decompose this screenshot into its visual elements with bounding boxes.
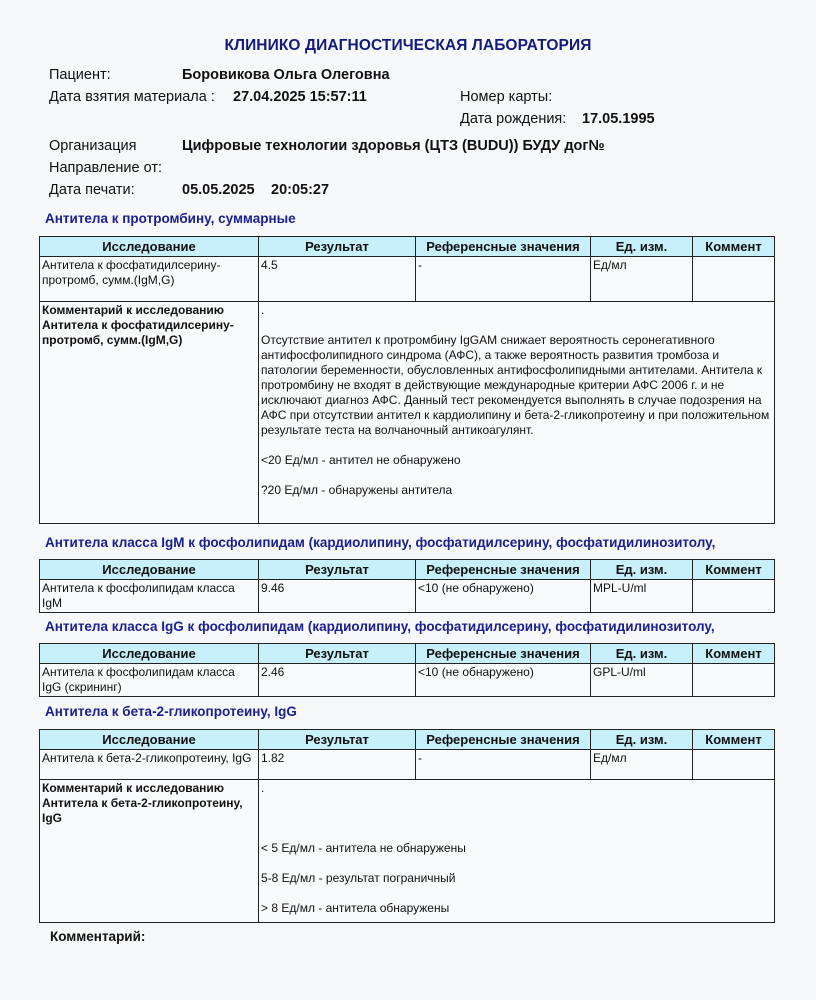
comment-label: Комментарий к исследованию Антитела к фо… xyxy=(40,302,259,524)
comment-row: Комментарий к исследованию Антитела к фо… xyxy=(40,302,775,524)
comment-line: <20 Ед/мл - антител не обнаружено xyxy=(261,453,772,468)
test-reference: <10 (не обнаружено) xyxy=(416,664,591,697)
test-reference: - xyxy=(416,257,591,302)
test-unit: Ед/мл xyxy=(591,257,693,302)
section-title-igm: Антитела класса IgM к фосфолипидам (кард… xyxy=(45,535,715,550)
comment-line: . xyxy=(261,781,772,796)
card-number-label: Номер карты: xyxy=(460,89,552,105)
col-header-comment: Коммент xyxy=(693,237,775,257)
col-header-comment: Коммент xyxy=(693,560,775,580)
print-date-label: Дата печати: xyxy=(49,182,135,198)
test-name: Антитела к фосфатидилсерину-протромб, су… xyxy=(40,257,259,302)
comment-row: Комментарий к исследованию Антитела к бе… xyxy=(40,780,775,923)
col-header-test: Исследование xyxy=(40,560,259,580)
organization-label: Организация xyxy=(49,138,136,154)
col-header-comment: Коммент xyxy=(693,730,775,750)
birth-date-value: 17.05.1995 xyxy=(582,111,655,127)
col-header-result: Результат xyxy=(259,730,416,750)
test-result: 9.46 xyxy=(259,580,416,613)
test-result: 2.46 xyxy=(259,664,416,697)
col-header-unit: Ед. изм. xyxy=(591,237,693,257)
results-table-igm: Исследование Результат Референсные значе… xyxy=(39,559,775,613)
comment-line: 5-8 Ед/мл - результат пограничный xyxy=(261,871,772,886)
col-header-result: Результат xyxy=(259,237,416,257)
col-header-unit: Ед. изм. xyxy=(591,644,693,664)
organization-value: Цифровые технологии здоровья (ЦТЗ (BUDU)… xyxy=(182,138,605,154)
comment-line: < 5 Ед/мл - антитела не обнаружены xyxy=(261,841,772,856)
comment-label: Комментарий к исследованию Антитела к бе… xyxy=(40,780,259,923)
section-title-beta2: Антитела к бета-2-гликопротеину, IgG xyxy=(45,704,297,719)
comment-text: . Отсутствие антител к протромбину IgGAM… xyxy=(259,302,775,524)
table-header-row: Исследование Результат Референсные значе… xyxy=(40,730,775,750)
section-title-igg: Антитела класса IgG к фосфолипидам (кард… xyxy=(45,619,715,634)
test-unit: GPL-U/ml xyxy=(591,664,693,697)
test-name: Антитела к фосфолипидам класса IgG (скри… xyxy=(40,664,259,697)
col-header-reference: Референсные значения xyxy=(416,560,591,580)
test-result: 4.5 xyxy=(259,257,416,302)
section-title-prothrombin: Антитела к протромбину, суммарные xyxy=(45,211,296,226)
comment-line: ?20 Ед/мл - обнаружены антитела xyxy=(261,483,772,498)
col-header-test: Исследование xyxy=(40,644,259,664)
patient-label: Пациент: xyxy=(49,67,111,83)
col-header-unit: Ед. изм. xyxy=(591,730,693,750)
table-header-row: Исследование Результат Референсные значе… xyxy=(40,237,775,257)
print-date-value: 05.05.2025 xyxy=(182,182,255,198)
comment-text: . < 5 Ед/мл - антитела не обнаружены 5-8… xyxy=(259,780,775,923)
test-unit: MPL-U/ml xyxy=(591,580,693,613)
results-table-beta2: Исследование Результат Референсные значе… xyxy=(39,729,775,923)
test-name: Антитела к бета-2-гликопротеину, IgG xyxy=(40,750,259,780)
col-header-result: Результат xyxy=(259,560,416,580)
comment-line: > 8 Ед/мл - антитела обнаружены xyxy=(261,901,772,916)
col-header-reference: Референсные значения xyxy=(416,730,591,750)
table-row: Антитела к фосфолипидам класса IgG (скри… xyxy=(40,664,775,697)
birth-date-label: Дата рождения: xyxy=(460,111,566,127)
table-row: Антитела к фосфатидилсерину-протромб, су… xyxy=(40,257,775,302)
sample-date-value: 27.04.2025 15:57:11 xyxy=(233,89,367,105)
referral-label: Направление от: xyxy=(49,160,162,176)
col-header-result: Результат xyxy=(259,644,416,664)
col-header-reference: Референсные значения xyxy=(416,644,591,664)
lab-title: КЛИНИКО ДИАГНОСТИЧЕСКАЯ ЛАБОРАТОРИЯ xyxy=(0,37,816,55)
test-comment xyxy=(693,750,775,780)
test-result: 1.82 xyxy=(259,750,416,780)
comment-line: Отсутствие антител к протромбину IgGAM с… xyxy=(261,333,772,438)
test-comment xyxy=(693,257,775,302)
comment-line: . xyxy=(261,303,772,318)
print-time-value: 20:05:27 xyxy=(271,182,329,198)
col-header-comment: Коммент xyxy=(693,644,775,664)
test-reference: - xyxy=(416,750,591,780)
table-header-row: Исследование Результат Референсные значе… xyxy=(40,560,775,580)
table-row: Антитела к бета-2-гликопротеину, IgG 1.8… xyxy=(40,750,775,780)
patient-name: Боровикова Ольга Олеговна xyxy=(182,67,390,83)
table-header-row: Исследование Результат Референсные значе… xyxy=(40,644,775,664)
sample-date-label: Дата взятия материала : xyxy=(49,89,215,105)
results-table-prothrombin: Исследование Результат Референсные значе… xyxy=(39,236,775,524)
col-header-test: Исследование xyxy=(40,730,259,750)
footer-comment-label: Комментарий: xyxy=(50,929,145,944)
test-name: Антитела к фосфолипидам класса IgM xyxy=(40,580,259,613)
test-comment xyxy=(693,580,775,613)
test-comment xyxy=(693,664,775,697)
col-header-unit: Ед. изм. xyxy=(591,560,693,580)
test-reference: <10 (не обнаружено) xyxy=(416,580,591,613)
col-header-reference: Референсные значения xyxy=(416,237,591,257)
results-table-igg: Исследование Результат Референсные значе… xyxy=(39,643,775,697)
test-unit: Ед/мл xyxy=(591,750,693,780)
col-header-test: Исследование xyxy=(40,237,259,257)
table-row: Антитела к фосфолипидам класса IgM 9.46 … xyxy=(40,580,775,613)
